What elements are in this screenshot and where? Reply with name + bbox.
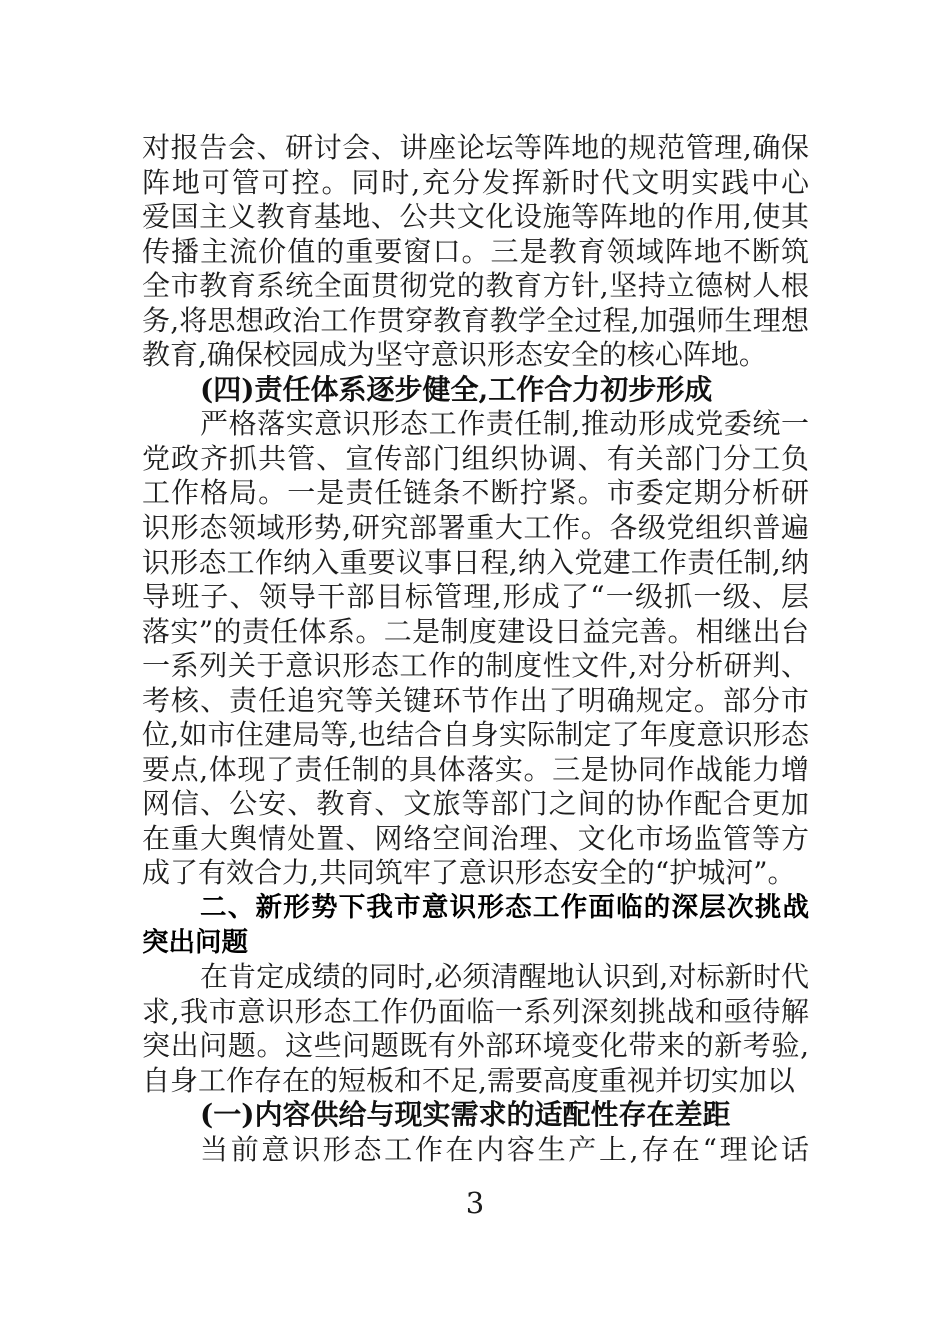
chapter-heading-two: 二、新形势下我市意识形态工作面临的深层次挑战与突出问题 [142,891,809,960]
text-line: 要点,体现了责任制的具体落实。三是协同作战能力增强。 [142,753,809,788]
text-line: 突出问题 [142,926,809,961]
text-line: 传播主流价值的重要窗口。三是教育领域阵地不断筑牢。 [142,235,809,270]
body-paragraph: 在肯定成绩的同时,必须清醒地认识到,对标新时代新要求,我市意识形态工作仍面临一系… [142,960,809,1098]
body-paragraph-continuing: 当前意识形态工作在内容生产上,存在“理论话语”向 [142,1133,809,1168]
text-line: 当前意识形态工作在内容生产上,存在“理论话语”向 [142,1133,809,1168]
text-line: 位,如市住建局等,也结合自身实际制定了年度意识形态工作 [142,718,809,753]
text-line: 考核、责任追究等关键环节作出了明确规定。部分市直单 [142,684,809,719]
text-line: (四)责任体系逐步健全,工作合力初步形成 [142,373,809,408]
text-line: 导班子、领导干部目标管理,形成了“一级抓一级、层层抓 [142,580,809,615]
document-body: 对报告会、研讨会、讲座论坛等阵地的规范管理,确保各类阵地可管可控。同时,充分发挥… [142,131,809,1167]
text-line: 爱国主义教育基地、公共文化设施等阵地的作用,使其成为 [142,200,809,235]
text-line: 成了有效合力,共同筑牢了意识形态安全的“护城河”。 [142,856,809,891]
text-line: 党政齐抓共管、宣传部门组织协调、有关部门分工负责的 [142,442,809,477]
document-page: 对报告会、研讨会、讲座论坛等阵地的规范管理,确保各类阵地可管可控。同时,充分发挥… [0,0,950,1344]
body-paragraph: 严格落实意识形态工作责任制,推动形成党委统一领导、党政齐抓共管、宣传部门组织协调… [142,407,809,891]
text-line: 教育,确保校园成为坚守意识形态安全的核心阵地。 [142,338,809,373]
text-line: 二、新形势下我市意识形态工作面临的深层次挑战与 [142,891,809,926]
text-line: 在肯定成绩的同时,必须清醒地认识到,对标新时代新要 [142,960,809,995]
text-line: 阵地可管可控。同时,充分发挥新时代文明实践中心(所、站)、 [142,166,809,201]
text-line: 自身工作存在的短板和不足,需要高度重视并切实加以解决。 [142,1064,809,1099]
page-number: 3 [0,1186,950,1220]
text-line: 在重大舆情处置、网络空间治理、文化市场监管等方面形 [142,822,809,857]
text-line: 务,将思想政治工作贯穿教育教学全过程,加强师生理想信念 [142,304,809,339]
text-line: 严格落实意识形态工作责任制,推动形成党委统一领导、 [142,407,809,442]
text-line: 全市教育系统全面贯彻党的教育方针,坚持立德树人根本任 [142,269,809,304]
text-line: 对报告会、研讨会、讲座论坛等阵地的规范管理,确保各类 [142,131,809,166]
text-line: 识形态领域形势,研究部署重大工作。各级党组织普遍将意 [142,511,809,546]
section-heading-four: (四)责任体系逐步健全,工作合力初步形成 [142,373,809,408]
section-heading-one: (一)内容供给与现实需求的适配性存在差距 [142,1098,809,1133]
body-paragraph-continued: 对报告会、研讨会、讲座论坛等阵地的规范管理,确保各类阵地可管可控。同时,充分发挥… [142,131,809,373]
text-line: 落实”的责任体系。二是制度建设日益完善。相继出台了 [142,615,809,650]
text-line: 求,我市意识形态工作仍面临一系列深刻挑战和亟待解决的 [142,995,809,1030]
text-line: 网信、公安、教育、文旅等部门之间的协作配合更加顺畅, [142,787,809,822]
text-line: 工作格局。一是责任链条不断拧紧。市委定期分析研判意 [142,476,809,511]
text-line: 一系列关于意识形态工作的制度性文件,对分析研判、督查 [142,649,809,684]
text-line: (一)内容供给与现实需求的适配性存在差距 [142,1098,809,1133]
text-line: 识形态工作纳入重要议事日程,纳入党建工作责任制,纳入领 [142,546,809,581]
text-line: 突出问题。这些问题既有外部环境变化带来的新考验,也有 [142,1029,809,1064]
